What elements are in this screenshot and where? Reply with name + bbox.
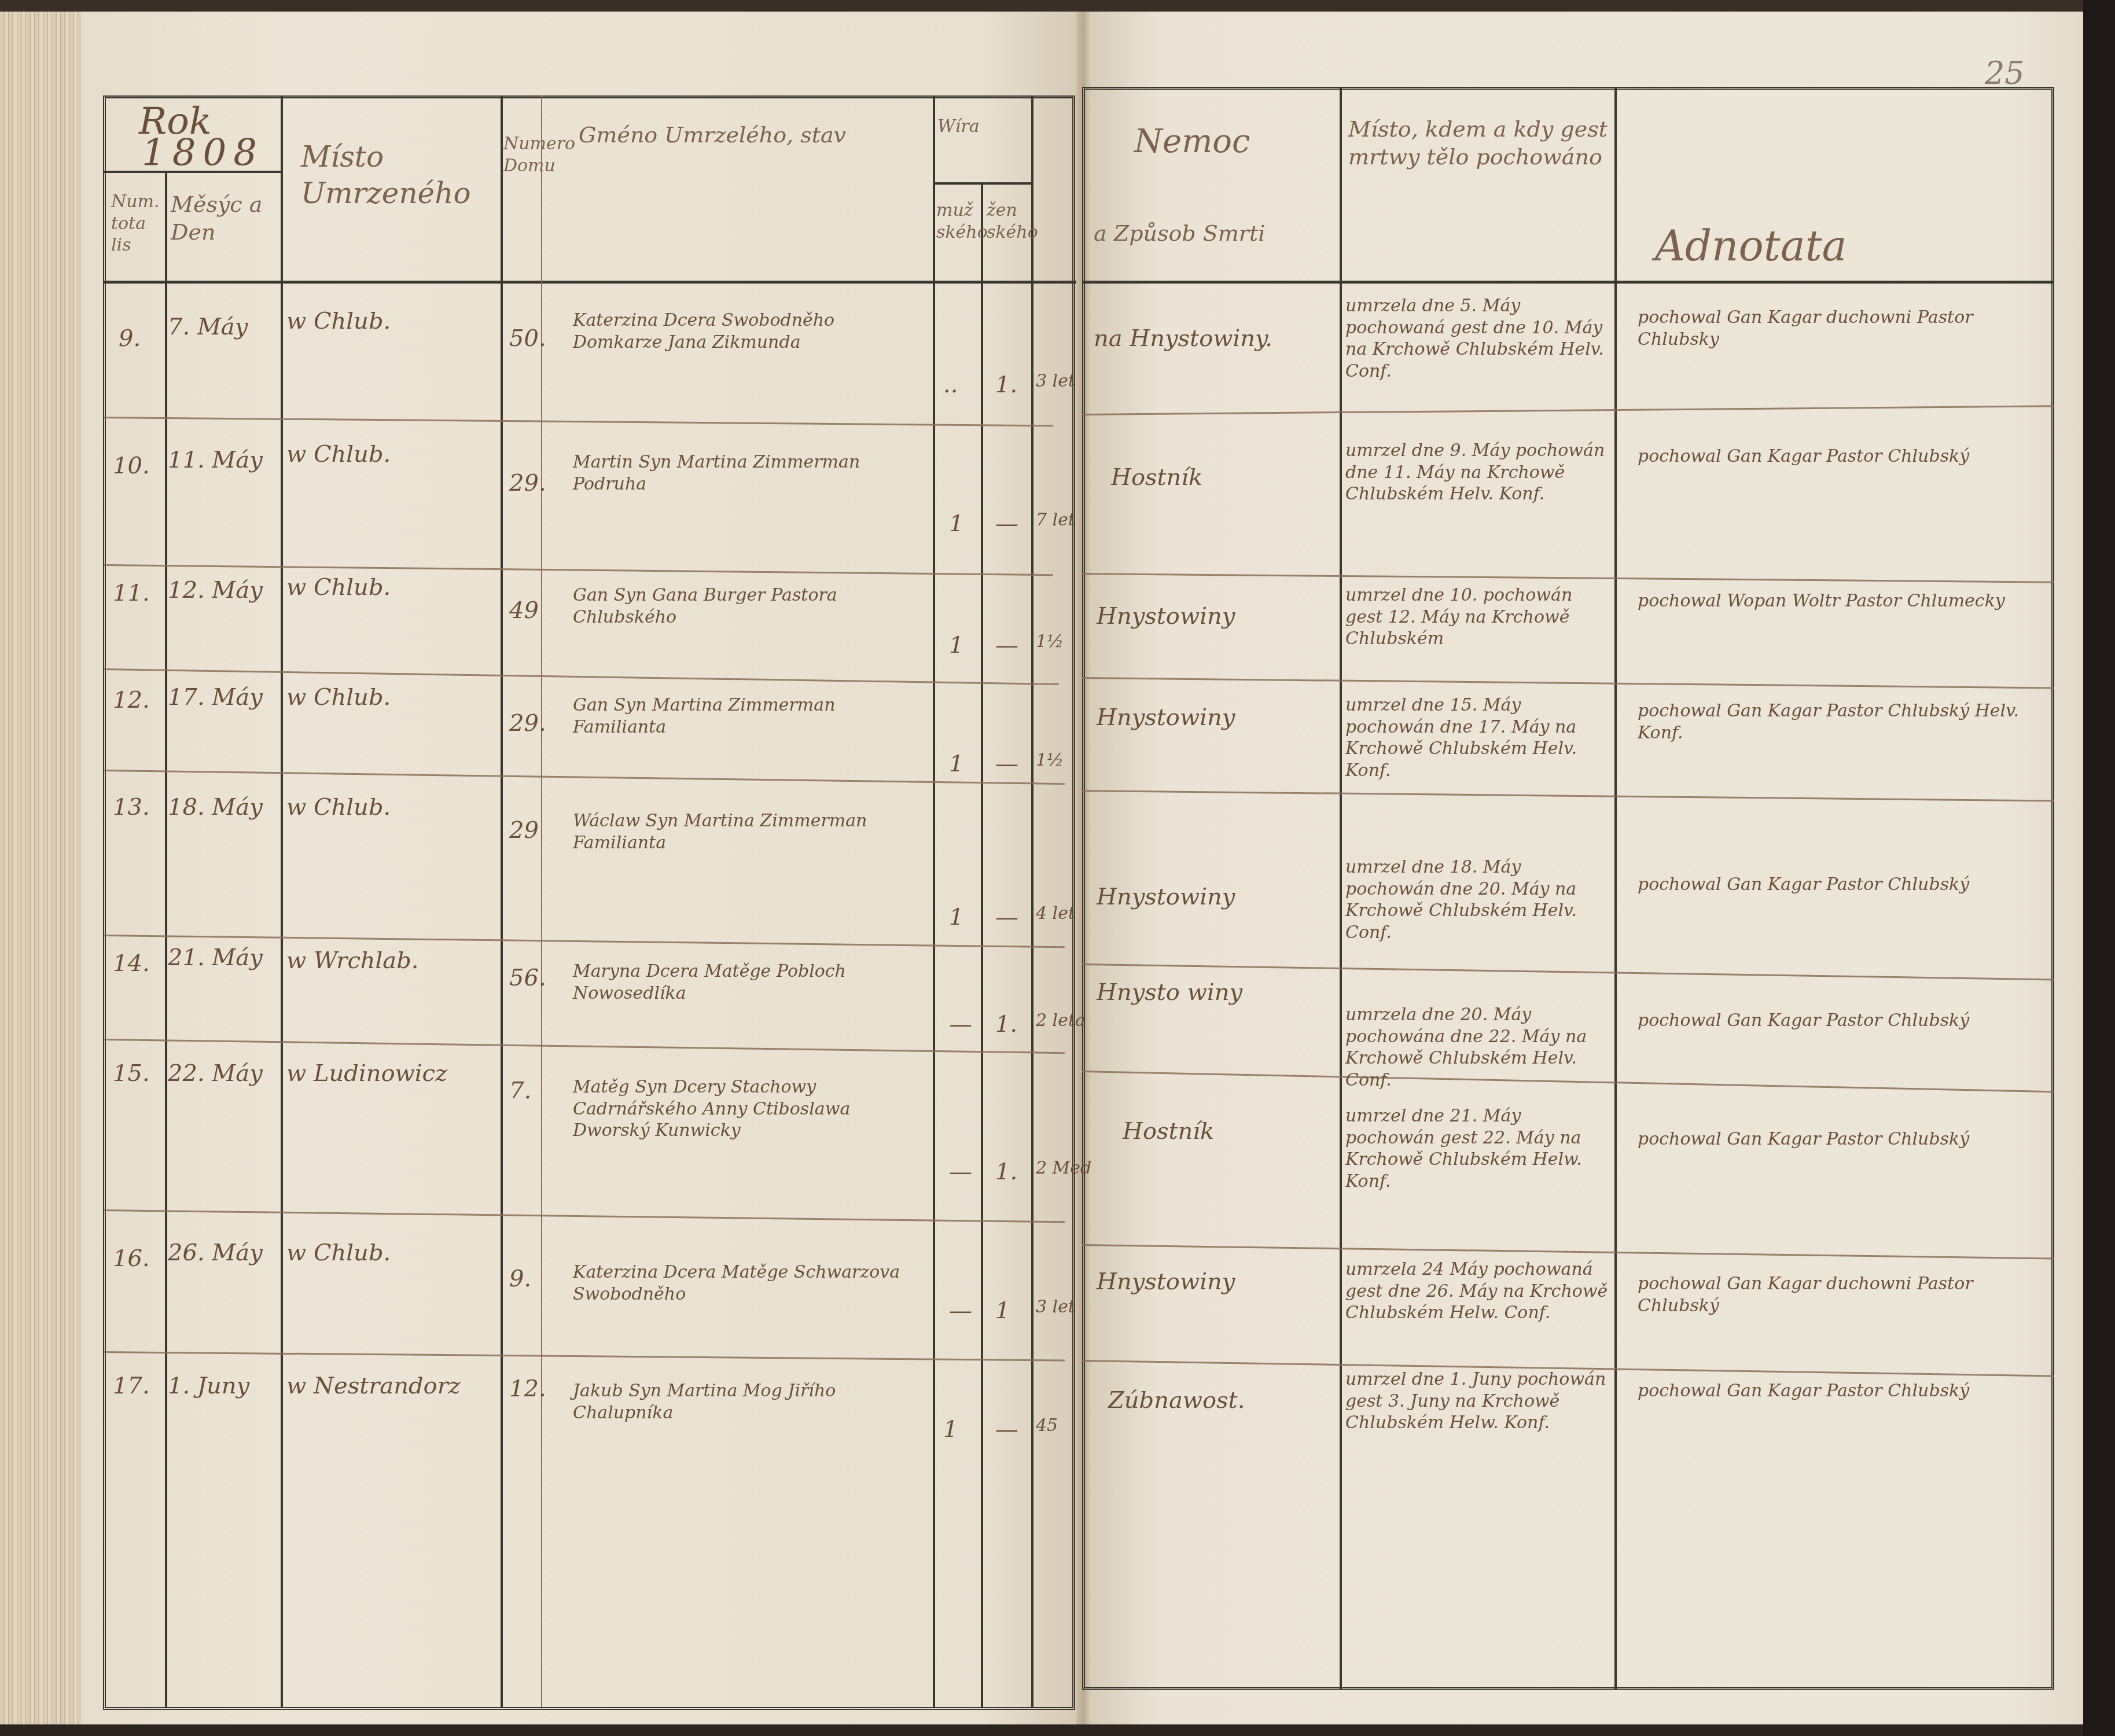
header-name-status: Gméno Umrzelého, stav — [579, 122, 926, 149]
row-disease: Hostník — [1123, 1117, 1214, 1146]
row-date: 7. Máy — [168, 312, 248, 341]
row-place: w Chlub. — [286, 307, 391, 336]
row-note: pochowal Gan Kagar Pastor Chlubský — [1638, 874, 2031, 896]
row-religion-f: 1. — [995, 1010, 1017, 1039]
row-place: w Nestrandorz — [286, 1371, 461, 1400]
header-burial: Místo, kdem a kdy gest mrtwy tělo pochow… — [1348, 116, 1609, 171]
row-date: 22. Máy — [168, 1059, 263, 1088]
row-age: 3 let — [1036, 370, 1075, 392]
row-age: 4 let — [1036, 903, 1075, 925]
col-divider — [981, 182, 983, 1707]
row-num: 15. — [113, 1059, 150, 1088]
row-house: 29 — [509, 816, 539, 845]
col-divider — [501, 95, 503, 1707]
row-place: w Chlub. — [286, 683, 391, 712]
col-divider — [281, 95, 283, 1707]
row-age: 1½ — [1036, 749, 1064, 771]
row-house: 50. — [509, 324, 546, 353]
year-value: 1808 — [142, 130, 264, 176]
row-disease: Hostník — [1111, 463, 1202, 492]
row-religion-m: 1 — [949, 631, 963, 660]
row-note: pochowal Wopan Woltr Pastor Chlumecky — [1638, 590, 2031, 612]
header-disease: Nemoc — [1134, 122, 1250, 162]
row-religion-m: — — [949, 1296, 972, 1325]
background-edge — [2083, 0, 2115, 1736]
row-name: Gan Syn Martina Zimmerman Familianta — [573, 694, 926, 738]
row-age: 3 let — [1036, 1296, 1075, 1318]
row-house: 9. — [509, 1264, 531, 1293]
header-religion-female: žen ského — [987, 200, 1027, 243]
header-num-totalis: Num. tota lis — [111, 191, 163, 256]
col-divider — [1614, 87, 1617, 1690]
row-num: 9. — [119, 324, 141, 353]
row-place: w Wrchlab. — [286, 946, 419, 975]
row-place: w Chlub. — [286, 1238, 391, 1267]
row-num: 10. — [113, 451, 150, 480]
row-burial: umrzela dne 5. Máy pochowaná gest dne 10… — [1345, 295, 1612, 382]
row-burial: umrzel dne 21. Máy pochowán gest 22. Máy… — [1345, 1105, 1612, 1192]
row-burial: umrzel dne 15. Máy pochowán dne 17. Máy … — [1345, 694, 1612, 781]
row-num: 11. — [113, 579, 150, 608]
row-religion-f: — — [995, 1415, 1018, 1444]
row-place: w Chlub. — [286, 793, 391, 822]
row-disease: Hnystowiny — [1097, 703, 1235, 732]
row-religion-f: — — [995, 749, 1018, 778]
row-religion-m: 1 — [949, 749, 963, 778]
row-religion-m: 1 — [949, 903, 963, 932]
col-divider — [1031, 95, 1033, 1707]
row-religion-f: 1. — [995, 1157, 1017, 1186]
header-divider-right — [1082, 281, 2054, 284]
row-burial: umrzel dne 18. Máy pochowán dne 20. Máy … — [1345, 856, 1612, 943]
header-disease-sub: a Způsob Smrti — [1094, 220, 1325, 248]
row-religion-m: 1 — [943, 1415, 958, 1444]
row-place: w Ludinowicz — [286, 1059, 447, 1088]
row-date: 1. Juny — [168, 1371, 249, 1400]
row-name: Jakub Syn Martina Mog Jiřího Chalupníka — [573, 1380, 926, 1424]
row-date: 21. Máy — [168, 943, 263, 972]
row-note: pochowal Gan Kagar Pastor Chlubský — [1638, 1010, 2031, 1032]
col-divider — [933, 95, 935, 1707]
row-note: pochowal Gan Kagar Pastor Chlubský — [1638, 1128, 2031, 1150]
row-note: pochowal Gan Kagar Pastor Chlubský — [1638, 1380, 2031, 1402]
row-religion-m: 1 — [949, 509, 963, 538]
row-name: Katerzina Dcera Matěge Schwarzova Swobod… — [573, 1261, 926, 1305]
row-date: 11. Máy — [168, 446, 263, 475]
row-house: 29. — [509, 469, 546, 498]
page-number: 25 — [1985, 55, 2025, 91]
header-place: Místo Umrzeného — [301, 139, 492, 211]
row-note: pochowal Gan Kagar Pastor Chlubský Helv.… — [1638, 700, 2031, 744]
row-name: Gan Syn Gana Burger Pastora Chlubského — [573, 584, 926, 628]
row-num: 12. — [113, 686, 150, 715]
header-divider-left — [104, 281, 1076, 284]
row-note: pochowal Gan Kagar duchowni Pastor Chlub… — [1638, 1273, 2031, 1316]
row-age: 2 leta — [1036, 1010, 1086, 1032]
row-burial: umrzela 24 Máy pochowaná gest dne 26. Má… — [1345, 1259, 1612, 1324]
row-date: 12. Máy — [168, 576, 263, 605]
row-name: Wáclaw Syn Martina Zimmerman Familianta — [573, 810, 926, 854]
row-religion-m: — — [949, 1157, 972, 1186]
row-disease: Zúbnawost. — [1108, 1386, 1245, 1415]
row-date: 18. Máy — [168, 793, 263, 822]
row-place: w Chlub. — [286, 573, 391, 602]
row-house: 56. — [509, 963, 546, 992]
row-religion-f: — — [995, 631, 1018, 660]
row-num: 17. — [113, 1371, 150, 1400]
col-divider — [165, 171, 167, 1707]
row-burial: umrzel dne 9. Máy pochowán dne 11. Máy n… — [1345, 440, 1612, 505]
row-note: pochowal Gan Kagar Pastor Chlubský — [1638, 446, 2031, 468]
page-edges-stack — [0, 12, 87, 1724]
row-religion-f: 1 — [995, 1296, 1010, 1325]
row-name: Katerzina Dcera Swobodněho Domkarze Jana… — [573, 310, 926, 353]
row-name: Matěg Syn Dcery Stachowy Cadrnářského An… — [573, 1076, 926, 1142]
book-cover-top — [0, 0, 2115, 12]
row-age: 45 — [1036, 1415, 1058, 1437]
row-house: 7. — [509, 1076, 531, 1105]
row-house: 29. — [509, 709, 546, 738]
row-num: 16. — [113, 1244, 150, 1273]
row-burial: umrzel dne 1. Juny pochowán gest 3. Juny… — [1345, 1369, 1612, 1434]
header-month-day: Měsýc a Den — [171, 191, 275, 246]
row-religion-m: — — [949, 1010, 972, 1039]
row-age: 2 Med — [1036, 1157, 1091, 1179]
row-religion-m: .. — [943, 370, 958, 399]
row-disease: Hnystowiny — [1097, 602, 1235, 631]
row-religion-f: 1. — [995, 370, 1017, 399]
row-religion-f: — — [995, 903, 1018, 932]
row-name: Maryna Dcera Matěge Pobloch Nowosedlíka — [573, 961, 926, 1004]
row-disease: Hnystowiny — [1097, 1267, 1235, 1296]
row-disease: na Hnystowiny. — [1094, 324, 1272, 353]
row-burial: umrzela dne 20. Máy pochowána dne 22. Má… — [1345, 1004, 1612, 1091]
row-religion-f: — — [995, 509, 1018, 538]
header-religion: Wíra — [937, 116, 1024, 138]
row-note: pochowal Gan Kagar duchowni Pastor Chlub… — [1638, 307, 2031, 350]
col-divider — [1340, 87, 1342, 1690]
row-name: Martin Syn Martina Zimmerman Podruha — [573, 451, 926, 495]
row-place: w Chlub. — [286, 440, 391, 469]
row-house: 49 — [509, 596, 539, 625]
header-house-no: Numero Domu — [503, 133, 538, 176]
scanned-ledger-spread: 25 Rok 1808 Num. tota lis Měsýc a Den Mí… — [0, 0, 2115, 1736]
row-burial: umrzel dne 10. pochowán gest 12. Máy na … — [1345, 584, 1612, 650]
header-annotations: Adnotata — [1655, 220, 1847, 272]
row-num: 13. — [113, 793, 150, 822]
row-date: 26. Máy — [168, 1238, 263, 1267]
row-disease: Hnysto winy — [1097, 978, 1242, 1007]
row-date: 17. Máy — [168, 683, 263, 712]
row-disease: Hnystowiny — [1097, 882, 1235, 911]
header-religion-male: muž ského — [936, 200, 977, 243]
row-house: 12. — [509, 1374, 546, 1403]
row-age: 1½ — [1036, 631, 1064, 653]
row-age: 7 let — [1036, 509, 1075, 531]
row-num: 14. — [113, 949, 150, 978]
